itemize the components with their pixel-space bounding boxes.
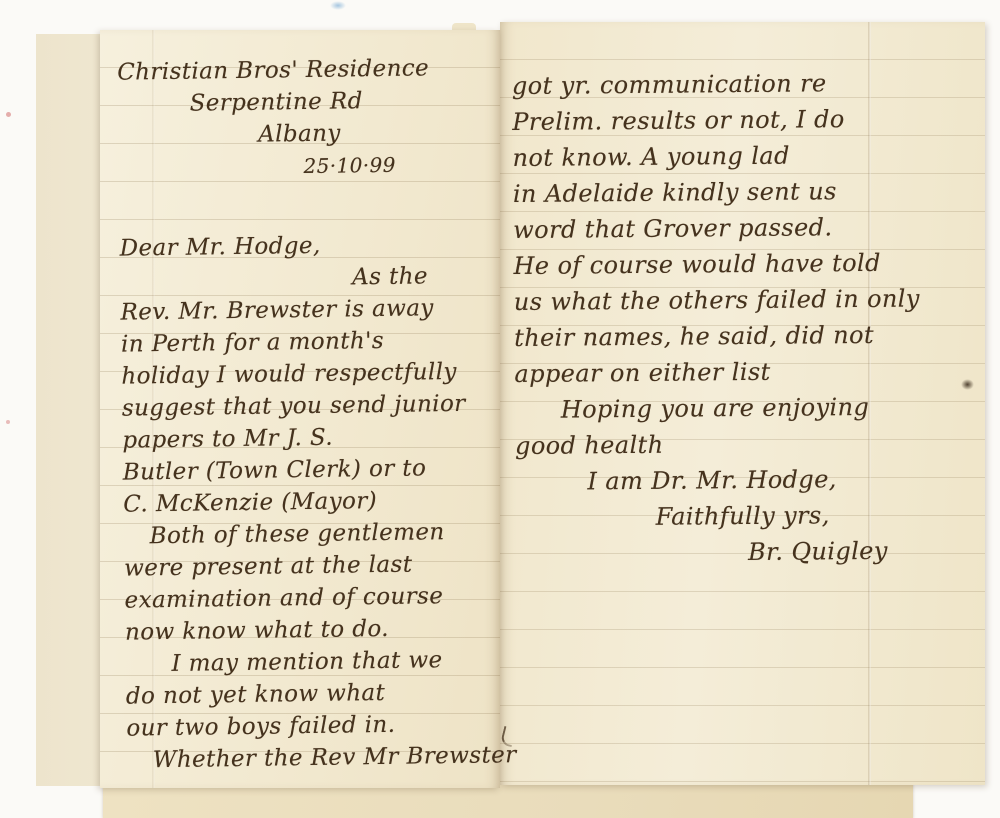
letter-line: their names, he said, did not: [514, 316, 979, 356]
letter-line: Rev. Mr. Brewster is away: [120, 291, 492, 328]
letter-line: were present at the last: [124, 547, 496, 584]
letter-line: do not yet know what: [126, 675, 498, 712]
letter-line: got yr. communication re: [512, 64, 977, 104]
letter-line: Hoping you are enjoying: [515, 388, 980, 428]
letter-line: us what the others failed in only: [514, 280, 979, 320]
letter-line: our two boys failed in.: [126, 707, 498, 744]
letter-line: I am Dr. Mr. Hodge,: [515, 460, 980, 500]
letter-line: Prelim. results or not, I do: [512, 100, 977, 140]
letter-page-left: Christian Bros' ResidenceSerpentine RdAl…: [100, 30, 500, 788]
red-speck: [6, 112, 11, 117]
letter-line: now know what to do.: [125, 611, 497, 648]
letter-line: suggest that you send junior: [122, 387, 494, 424]
letter-line: examination and of course: [124, 579, 496, 616]
letter-line: good health: [515, 424, 980, 464]
letter-line: Butler (Town Clerk) or to: [123, 451, 495, 488]
left-page-handwriting: Christian Bros' ResidenceSerpentine RdAl…: [117, 51, 499, 776]
letter-line: Serpentine Rd: [117, 83, 489, 120]
letter-line: C. McKenzie (Mayor): [123, 483, 495, 520]
letter-line: not know. A young lad: [512, 136, 977, 176]
right-page-handwriting: got yr. communication rePrelim. results …: [512, 64, 981, 572]
letter-line: Faithfully yrs,: [516, 496, 981, 536]
underlying-sheet-left-edge: [36, 34, 103, 786]
letter-line: in Adelaide kindly sent us: [513, 172, 978, 212]
letter-line: papers to Mr J. S.: [122, 419, 494, 456]
letter-line: word that Grover passed.: [513, 208, 978, 248]
letter-line: He of course would have told: [513, 244, 978, 284]
letter-line: Albany: [118, 115, 490, 152]
letter-line: Both of these gentlemen: [123, 515, 495, 552]
letter-line: Dear Mr. Hodge,: [119, 227, 491, 264]
letter-scan: { "letter": { "left_page": { "lines": [ …: [0, 0, 1000, 818]
letter-line: 25·10·99: [118, 147, 490, 184]
letter-line: Br. Quigley: [516, 532, 981, 572]
letter-line: I may mention that we: [125, 643, 497, 680]
ink-blot: [961, 379, 974, 390]
red-speck: [6, 420, 10, 424]
blue-scanner-smudge: [330, 1, 346, 10]
letter-page-right: got yr. communication rePrelim. results …: [500, 22, 985, 785]
letter-line: appear on either list: [514, 352, 979, 392]
letter-line: Whether the Rev Mr Brewster: [127, 739, 499, 776]
letter-line: in Perth for a month's: [121, 323, 493, 360]
letter-line: Christian Bros' Residence: [117, 51, 489, 88]
letter-line: holiday I would respectfully: [121, 355, 493, 392]
letter-line: As the: [120, 259, 492, 296]
